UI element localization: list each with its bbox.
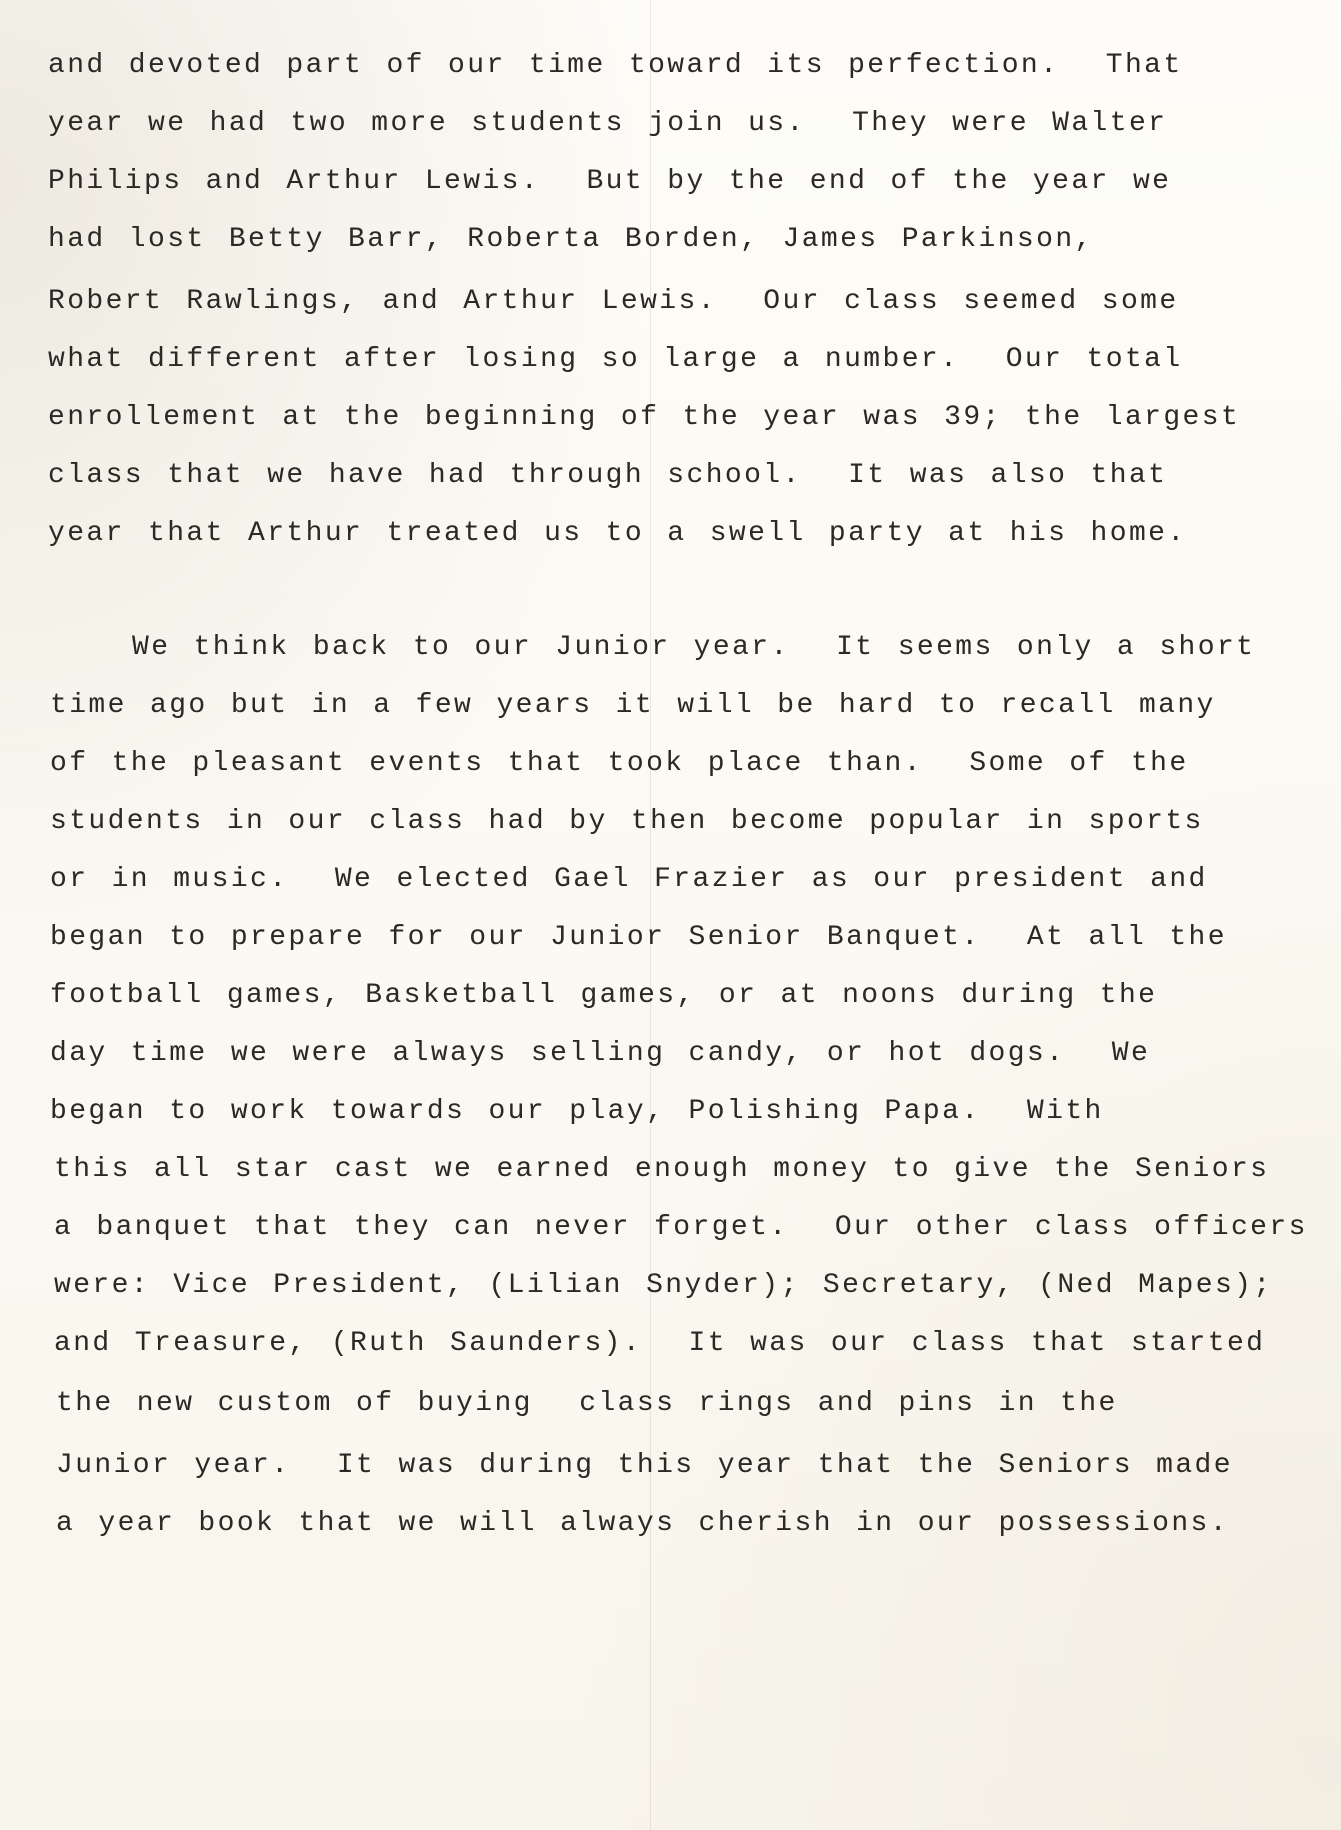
text-line: had lost Betty Barr, Roberta Borden, Jam… [48, 224, 1094, 256]
text-line: year that Arthur treated us to a swell p… [48, 518, 1187, 550]
text-line: and Treasure, (Ruth Saunders). It was ou… [54, 1328, 1265, 1360]
text-line: time ago but in a few years it will be h… [50, 690, 1216, 722]
text-line: students in our class had by then become… [50, 806, 1204, 838]
text-line: of the pleasant events that took place t… [50, 748, 1189, 780]
text-line: a year book that we will always cherish … [56, 1508, 1229, 1540]
text-line: year we had two more students join us. T… [48, 108, 1167, 140]
text-line: football games, Basketball games, or at … [50, 980, 1157, 1012]
text-line: enrollement at the beginning of the year… [48, 402, 1240, 434]
text-line: Robert Rawlings, and Arthur Lewis. Our c… [48, 286, 1179, 318]
typewritten-page: and devoted part of our time toward its … [0, 0, 1341, 1830]
text-line: We think back to our Junior year. It see… [132, 632, 1255, 664]
text-line: class that we have had through school. I… [48, 460, 1167, 492]
text-line: what different after losing so large a n… [48, 344, 1183, 376]
text-line: and devoted part of our time toward its … [48, 50, 1183, 82]
text-line: began to work towards our play, Polishin… [50, 1096, 1104, 1128]
text-line: or in music. We elected Gael Frazier as … [50, 864, 1208, 896]
text-line: Philips and Arthur Lewis. But by the end… [48, 166, 1171, 198]
text-line: a banquet that they can never forget. Ou… [54, 1212, 1308, 1244]
text-line: day time we were always selling candy, o… [50, 1038, 1150, 1070]
text-line: Junior year. It was during this year tha… [56, 1450, 1233, 1482]
text-line: the new custom of buying class rings and… [56, 1388, 1118, 1420]
text-line: this all star cast we earned enough mone… [54, 1154, 1269, 1186]
text-line: began to prepare for our Junior Senior B… [50, 922, 1227, 954]
text-line: were: Vice President, (Lilian Snyder); S… [54, 1270, 1273, 1302]
